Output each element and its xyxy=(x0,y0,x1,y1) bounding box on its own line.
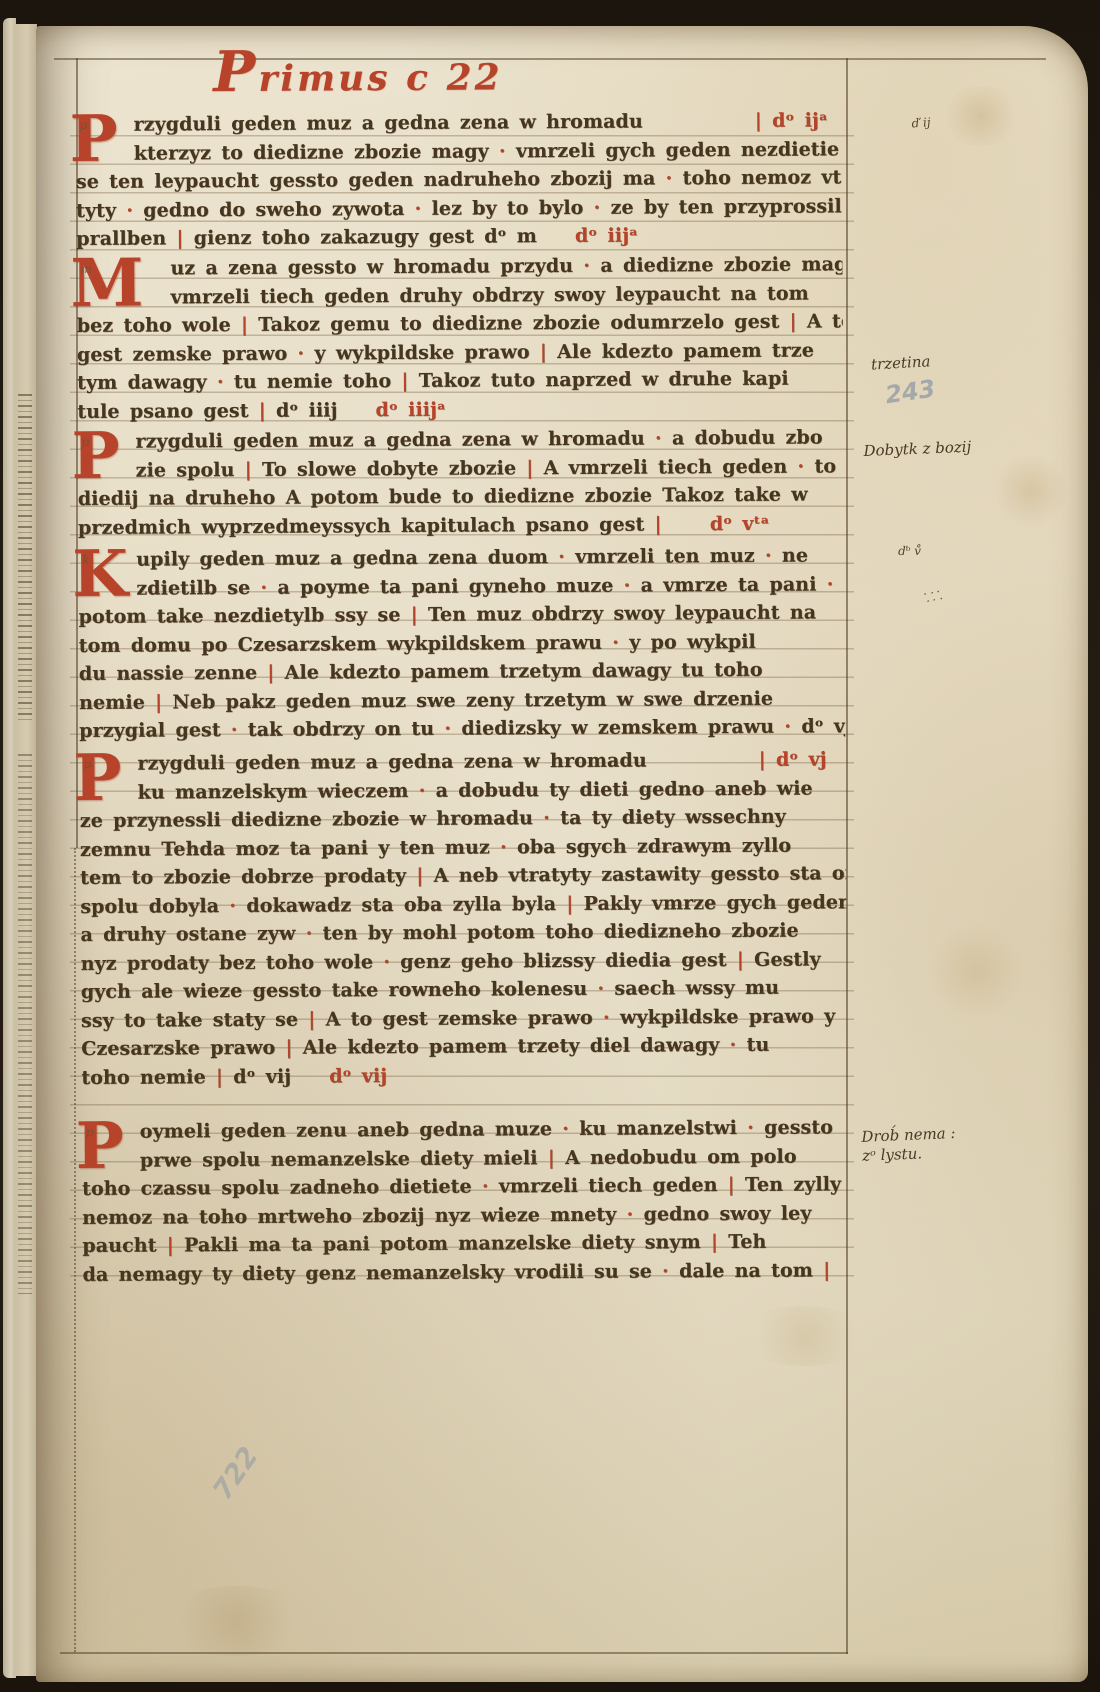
ink-text: vmrzeli tiech geden xyxy=(499,1174,718,1197)
ink-text: toho czassu spolu zadneho dietiete xyxy=(82,1176,472,1200)
written-layer: Primus c 22 Pprzygduli geden muz a gedna… xyxy=(31,23,1093,1685)
rubric-text: · xyxy=(408,779,435,801)
ink-text: saech wssy mu xyxy=(614,977,779,1000)
drop-cap-initial: P xyxy=(69,112,127,169)
ink-text: vmrzeli ten muz xyxy=(575,545,755,568)
note-d-ij: ď ij xyxy=(911,115,931,131)
ink-text: A to xyxy=(807,310,843,332)
ink-text: A vmrzeli tiech geden xyxy=(543,455,787,478)
rubricator-guide-letter: m xyxy=(80,263,91,275)
rubric-text: · xyxy=(613,574,640,596)
ink-text: tym dawagy xyxy=(77,371,207,394)
ink-text: Teh xyxy=(728,1231,766,1253)
ink-text: a diedizne zbozie magy xyxy=(600,253,842,277)
rubric-text: | xyxy=(516,457,544,479)
ink-text: zdietilb se xyxy=(136,576,250,599)
ink-text: nemoz na toho mrtweho zbozij nyz wieze m… xyxy=(82,1203,616,1228)
note-page-number: 243 xyxy=(884,376,937,407)
ink-text: genz geho blizssy diedia gest xyxy=(400,948,727,972)
ink-text: tak obdrzy on tu xyxy=(248,718,434,741)
rubric-text: · xyxy=(472,1175,499,1197)
facing-page-text-fragments xyxy=(18,754,32,1294)
rubric-text: · xyxy=(645,427,672,449)
rubric-text: · xyxy=(116,199,143,221)
rubric-text: | xyxy=(530,341,558,363)
rubric-text: | xyxy=(275,1037,303,1059)
note-trzetina: trzetina xyxy=(871,352,931,374)
text-line: ku manzelskym wieczem · a dobudu ty diet… xyxy=(80,774,846,807)
text-line: uz a zena gessto w hromadu przydu · a di… xyxy=(76,250,842,283)
text-line: rzygduli geden muz a gedna zena w hromad… xyxy=(79,745,845,778)
text-line: potom take nezdietylb ssy se | Ten muz o… xyxy=(78,598,844,631)
rubric-text: | xyxy=(166,227,194,249)
rubric-text: · xyxy=(583,196,610,218)
ink-text: nyz prodaty bez toho wole xyxy=(81,951,374,975)
ink-text: vmrzeli gych geden nezdietie xyxy=(516,138,839,162)
ink-text: vmrzeli tiech geden druhy obdrzy swoy le… xyxy=(171,282,809,308)
ink-text: gedno swoy ley xyxy=(643,1202,811,1225)
rubric-text: · xyxy=(295,922,322,944)
rubric-text: | xyxy=(727,948,755,970)
ink-text: nemie xyxy=(79,691,145,713)
rubricator-guide-letter: k xyxy=(82,554,89,566)
text-line: nemoz na toho mrtweho zbozij nyz wieze m… xyxy=(82,1199,848,1232)
text-line: przedmich wyprzedmeyssych kapitulach psa… xyxy=(78,509,844,542)
note-dobytk: Dobytk z bozij xyxy=(863,438,971,461)
rubric-text: · xyxy=(573,255,600,277)
ink-text: ssy to take staty se xyxy=(81,1008,298,1031)
text-line: a druhy ostane zyw · ten by mohl potom t… xyxy=(80,916,846,949)
ink-text: Ale kdezto pamem trze xyxy=(557,339,814,363)
ink-text: dale na tom xyxy=(679,1259,813,1282)
ink-text: se ten leypaucht gessto geden nadruheho … xyxy=(76,167,656,193)
rubric-text: | xyxy=(538,1146,566,1168)
rubric-text: | xyxy=(156,1234,184,1256)
rubric-text: | xyxy=(717,1174,745,1196)
rubric-text: | xyxy=(248,399,276,421)
rubric-text: · xyxy=(490,836,517,858)
rubric-text: · xyxy=(755,545,782,567)
rubric-text: · xyxy=(552,1118,579,1140)
ink-text: a dobudu ty dieti gedno aneb wie xyxy=(436,777,813,801)
rubric-text: · xyxy=(533,807,560,829)
drop-cap-initial: K xyxy=(72,547,130,604)
text-line: se ten leypaucht gessto geden nadruheho … xyxy=(76,163,842,196)
ink-text: oymeli geden zenu aneb gedna muze xyxy=(140,1118,552,1143)
text-line: tule psano gest | dᵒ iiijdᵒ iiijᵃ xyxy=(77,393,843,426)
note-d-v: ďᵒ v̊ xyxy=(898,544,921,559)
drop-cap-initial: P xyxy=(76,1119,134,1176)
ink-text: to xyxy=(814,455,836,477)
rubric-text: dᵒ vij xyxy=(329,1065,387,1087)
ink-text: Ale kdezto pamem trzety diel dawagy xyxy=(303,1034,720,1059)
rubric-text: · xyxy=(737,1117,764,1139)
facing-page-text-fragments xyxy=(18,394,32,724)
ink-text: dᵒ iiij xyxy=(276,399,338,421)
ink-text: Czesarzske prawo xyxy=(81,1037,275,1060)
text-line: gest zemske prawo · y wykpildske prawo |… xyxy=(77,336,843,369)
rubric-text: | xyxy=(298,1008,326,1030)
text-line: toho nemie | dᵒ vijdᵒ vij xyxy=(81,1059,847,1092)
drop-cap-initial: P xyxy=(73,751,131,808)
rubric-text: · xyxy=(489,140,516,162)
text-line: tym dawagy · tu nemie toho | Takoz tuto … xyxy=(77,364,843,397)
ink-text: ku manzelskym wieczem xyxy=(138,779,409,803)
rubricator-guide-letter: p xyxy=(86,1126,94,1138)
text-line: du nassie zenne | Ale kdezto pamem trzet… xyxy=(79,655,845,688)
rubric-text: | xyxy=(701,1231,729,1253)
ink-text: dᵒ vij xyxy=(233,1065,291,1087)
ink-text: diedij na druheho A potom bude to diediz… xyxy=(78,483,808,509)
manuscript-paragraph: Kkupily geden muz a gedna zena duom · vm… xyxy=(78,541,845,745)
ink-text: A neb vtratyty zastawity gessto sta ona xyxy=(434,862,847,887)
manuscript-paragraph: Ppoymeli geden zenu aneb gedna muze · ku… xyxy=(82,1113,849,1289)
text-line: oymeli geden zenu aneb gedna muze · ku m… xyxy=(82,1113,848,1146)
manuscript-paragraph: Mmuz a zena gessto w hromadu przydu · a … xyxy=(76,250,843,426)
ink-text: wykpildske prawo y xyxy=(620,1005,835,1028)
text-line: zemnu Tehda moz ta pani y ten muz · oba … xyxy=(80,831,846,864)
ink-text: Pakli ma ta pani potom manzelske diety s… xyxy=(184,1231,701,1256)
text-line: prallben | gienz toho zakazugy gest dᵒ m… xyxy=(76,220,842,253)
text-line: bez toho wole | Takoz gemu to diedizne z… xyxy=(77,307,843,340)
ink-text: dokawadz sta oba zylla byla xyxy=(246,893,556,917)
ink-text: y wykpildske prawo xyxy=(314,341,529,364)
ink-text: ten by mohl potom toho diedizneho zbozie xyxy=(323,920,799,945)
ink-text: gienz toho zakazugy gest dᵒ m xyxy=(194,225,537,249)
text-line: ze przynessli diedizne zbozie w hromadu … xyxy=(80,802,846,835)
rubric-text: · xyxy=(616,1203,643,1225)
ink-text: zie spolu xyxy=(136,458,235,481)
rubricator-guide-letter: p xyxy=(80,119,88,131)
ink-text: rzygduli geden muz a gedna zena w hromad… xyxy=(133,110,642,135)
ink-text: ku manzelstwi xyxy=(579,1117,737,1140)
rubric-text: · xyxy=(250,576,277,598)
ink-text: Pakly vmrze gych geden xyxy=(584,891,847,915)
ink-text: zemnu Tehda moz ta pani y ten muz xyxy=(80,836,490,861)
rubric-text: | xyxy=(206,1066,234,1088)
ink-text: kterzyz to diedizne zbozie magy xyxy=(134,140,489,164)
rubric-text: | xyxy=(406,865,434,887)
manuscript-paragraph: Pprzygduli geden muz a gedna zena w hrom… xyxy=(77,423,844,542)
rubric-text: dᵒ vᵗᵃ xyxy=(710,512,770,534)
ink-text: Takoz tuto naprzed w druhe kapi xyxy=(419,368,789,392)
ink-text: A nedobudu om polo xyxy=(565,1145,797,1168)
ink-text: lez by to bylo xyxy=(431,196,583,219)
text-line: diedij na druheho A potom bude to diediz… xyxy=(78,480,844,513)
rubric-text: | xyxy=(257,662,285,684)
ink-text: tyty xyxy=(76,199,116,221)
ink-text: gessto xyxy=(764,1116,833,1138)
rubric-text: | xyxy=(231,314,259,336)
ink-text: gest zemske prawo xyxy=(77,342,287,365)
rubric-text: · xyxy=(404,197,431,219)
ink-text: upily geden muz a gedna zena duom xyxy=(136,546,548,571)
ink-text: rzygduli geden muz a gedna zena w hromad… xyxy=(135,427,644,452)
spacer xyxy=(643,127,755,128)
rubric-text: · xyxy=(652,1260,679,1282)
text-line: vmrzeli tiech geden druhy obdrzy swoy le… xyxy=(77,279,843,312)
rubric-text: · xyxy=(207,371,234,393)
ink-text: diedizsky w zemskem prawu xyxy=(461,716,774,740)
ink-text: a vmrze ta pani xyxy=(641,573,817,596)
ink-text: Ale kdezto pamem trzetym dawagy tu toho xyxy=(285,659,763,684)
ink-text: Ten muz obdrzy swoy leypaucht na xyxy=(428,601,816,625)
rubric-text: · xyxy=(816,573,833,595)
rubric-text: · xyxy=(587,978,614,1000)
rubric-text: dᵒ iiijᵃ xyxy=(375,398,446,420)
ink-text: spolu dobyla xyxy=(80,895,219,918)
ink-text: A to gest zemske prawo xyxy=(325,1006,592,1030)
rubric-text: | xyxy=(145,691,173,713)
ink-text: gych ale wieze gessto take rowneho kolen… xyxy=(81,978,588,1003)
text-line: nyz prodaty bez toho wole · genz geho bl… xyxy=(81,945,847,978)
ink-text: oba sgych zdrawym zyllo xyxy=(517,834,791,858)
rubric-text: · xyxy=(373,950,400,972)
rubric-text: dᵒ iijᵃ xyxy=(575,225,638,247)
rubric-text: | xyxy=(779,310,807,332)
ink-text: przygial gest xyxy=(79,719,221,742)
rubric-text: | xyxy=(813,1259,830,1281)
rubric-text: · xyxy=(219,894,246,916)
rubric-text: · xyxy=(221,719,248,741)
ink-text: y po wykpil xyxy=(629,630,756,653)
ink-text: tu xyxy=(746,1034,769,1056)
rubricator-guide-letter: p xyxy=(83,758,91,770)
rubric-text: · xyxy=(548,546,575,568)
rubric-text: · xyxy=(434,718,461,740)
rubric-text: | xyxy=(391,370,419,392)
ink-text: toho nemie xyxy=(81,1066,206,1089)
ink-text: ta ty diety wssechny xyxy=(560,806,786,829)
ink-text: uz a zena gessto w hromadu przydu xyxy=(170,255,573,279)
ink-text: gedno do sweho zywota xyxy=(143,197,404,221)
text-line: paucht | Pakli ma ta pani potom manzelsk… xyxy=(82,1227,848,1260)
note-bottom-pencil: 722 xyxy=(209,1443,263,1505)
rubric-text: · xyxy=(774,716,801,738)
ink-text: a dobudu zbo xyxy=(672,426,823,449)
ink-text: Gestly xyxy=(754,948,821,970)
ink-text: ne xyxy=(782,544,808,566)
ink-text: rzygduli geden muz a gedna zena w hromad… xyxy=(137,749,646,774)
ink-text: przedmich wyprzedmeyssych kapitulach psa… xyxy=(78,513,644,538)
text-line: rzygduli geden muz a gedna zena w hromad… xyxy=(75,106,841,139)
text-line: ssy to take staty se | A to gest zemske … xyxy=(81,1002,847,1035)
text-line: spolu dobyla · dokawadz sta oba zylla by… xyxy=(80,888,846,921)
note-drob-nema: Drob́ nema : zᵒ lystu. xyxy=(861,1124,957,1165)
text-line: gych ale wieze gessto take rowneho kolen… xyxy=(81,973,847,1006)
ink-text: Neb pakz geden muz swe zeny trzetym w sw… xyxy=(172,687,773,713)
ink-text: ze by ten przyprossil przed xyxy=(610,194,842,218)
rubric-text: | xyxy=(234,458,262,480)
manuscript-paragraph: Pprzygduli geden muz a gedna zena w hrom… xyxy=(79,745,847,1092)
ink-text: a druhy ostane zyw xyxy=(80,923,295,946)
text-line: upily geden muz a gedna zena duom · vmrz… xyxy=(78,541,844,574)
spacer xyxy=(647,766,759,767)
ink-text: a poyme ta pani gyneho muze xyxy=(277,574,613,598)
text-line: przygial gest · tak obdrzy on tu · diedi… xyxy=(79,712,845,745)
ink-text: paucht xyxy=(82,1234,156,1256)
text-line: prwe spolu nemanzelske diety mieli | A n… xyxy=(82,1142,848,1175)
ink-text: tom domu po Czesarzskem wykpildskem praw… xyxy=(79,631,602,656)
manuscript-photo: Primus c 22 Pprzygduli geden muz a gedna… xyxy=(0,0,1100,1692)
text-line: tyty · gedno do sweho zywota · lez by to… xyxy=(76,192,842,225)
note-scribble: ⸪⸫ xyxy=(921,588,943,606)
rubric-text: | xyxy=(644,513,672,535)
text-line: toho czassu spolu zadneho dietiete · vmr… xyxy=(82,1170,848,1203)
ink-text: toho nemoz vtra xyxy=(682,166,841,189)
text-line: kterzyz to diedizne zbozie magy · vmrzel… xyxy=(76,135,842,168)
ink-text: Takoz gemu to diedizne zbozie odumrzelo … xyxy=(258,311,779,336)
manuscript-paragraph: Pprzygduli geden muz a gedna zena w hrom… xyxy=(75,106,842,253)
ink-text: prwe spolu nemanzelske diety mieli xyxy=(140,1147,538,1171)
rubric-text: · xyxy=(287,342,314,364)
rubric-text: · xyxy=(655,167,682,189)
ink-text: To slowe dobyte zbozie xyxy=(262,457,516,481)
ink-text: tem to zbozie dobrze prodaty xyxy=(80,865,406,889)
text-line: da nemagy ty diety genz nemanzelsky vrod… xyxy=(82,1256,848,1289)
ink-text: dᵒ vj xyxy=(801,715,845,737)
ink-text: du nassie zenne xyxy=(79,662,257,685)
rubric-text: | dᵒ vj xyxy=(759,748,827,770)
text-block: Pprzygduli geden muz a gedna zena w hrom… xyxy=(75,24,849,1349)
rubric-text: | xyxy=(556,892,584,914)
rubricator-guide-letter: p xyxy=(81,436,89,448)
rubric-text: | xyxy=(400,604,428,626)
rubric-text: | dᵒ ijᵃ xyxy=(755,109,828,131)
drop-cap-initial: P xyxy=(71,429,129,486)
ink-text: ze przynessli diedizne zbozie w hromadu xyxy=(80,807,533,832)
text-line: tem to zbozie dobrze prodaty | A neb vtr… xyxy=(80,859,846,892)
text-line: rzygduli geden muz a gedna zena w hromad… xyxy=(77,423,843,456)
rubric-text: · xyxy=(593,1006,620,1028)
text-line: Czesarzske prawo | Ale kdezto pamem trze… xyxy=(81,1030,847,1063)
rubric-text: · xyxy=(719,1034,746,1056)
ink-text: da nemagy ty diety genz nemanzelsky vrod… xyxy=(82,1260,651,1285)
ink-text: Ten zylly xyxy=(745,1173,841,1196)
ink-text: tu nemie toho xyxy=(234,370,392,393)
rubric-text: · xyxy=(787,455,814,477)
rubric-text: · xyxy=(602,631,629,653)
manuscript-leaf: Primus c 22 Pprzygduli geden muz a gedna… xyxy=(36,26,1088,1682)
